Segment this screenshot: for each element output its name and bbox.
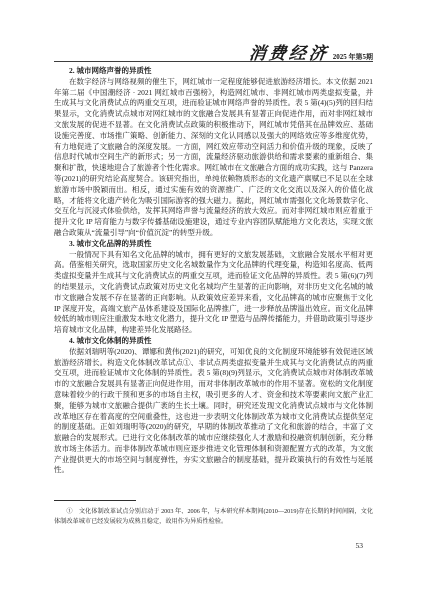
footnote-body: 文化体制改革试点分别启动于 2003 年、2006 年，与本研究样本期间(201… [54, 508, 373, 525]
journal-page: 消费经济 2025 年第5期 2. 城市网络声誉的异质性 在数字经济与网络视频的… [0, 0, 427, 591]
footnote-marker: ① [66, 508, 72, 515]
section-paragraph-culture-system: 依据刘瑞明等(2020)、谭娜和黄伟(2021)的研究，可知优良的文化制度环境能… [54, 347, 373, 477]
masthead: 消费经济 2025 年第5期 [54, 36, 373, 62]
section-heading-culture-system: 4. 城市文化体制的异质性 [54, 336, 373, 347]
section-paragraph-network-reputation: 在数字经济与网络视频的催生下，网红城市一定程度能够促进旅游经济增长。本文依据 2… [54, 77, 373, 239]
footnote: ① 文化体制改革试点分别启动于 2003 年、2006 年，与本研究样本期间(2… [54, 507, 373, 526]
section-heading-culture-brand: 3. 城市文化品牌的异质性 [54, 239, 373, 250]
section-paragraph-culture-brand: 一般情况下具有知名文化品牌的城市，拥有更好的文旅发展基础，文旅融合发展水平相对更… [54, 250, 373, 336]
article-body: 2. 城市网络声誉的异质性 在数字经济与网络视频的催生下，网红城市一定程度能够促… [54, 66, 373, 476]
page-number: 53 [356, 541, 364, 550]
journal-logo: 消费经济 [248, 45, 330, 62]
section-heading-network-reputation: 2. 城市网络声誉的异质性 [54, 66, 373, 77]
footnote-area: ① 文化体制改革试点分别启动于 2003 年、2006 年，与本研究样本期间(2… [54, 500, 373, 526]
header-divider [54, 61, 373, 62]
footnote-divider [54, 500, 136, 501]
